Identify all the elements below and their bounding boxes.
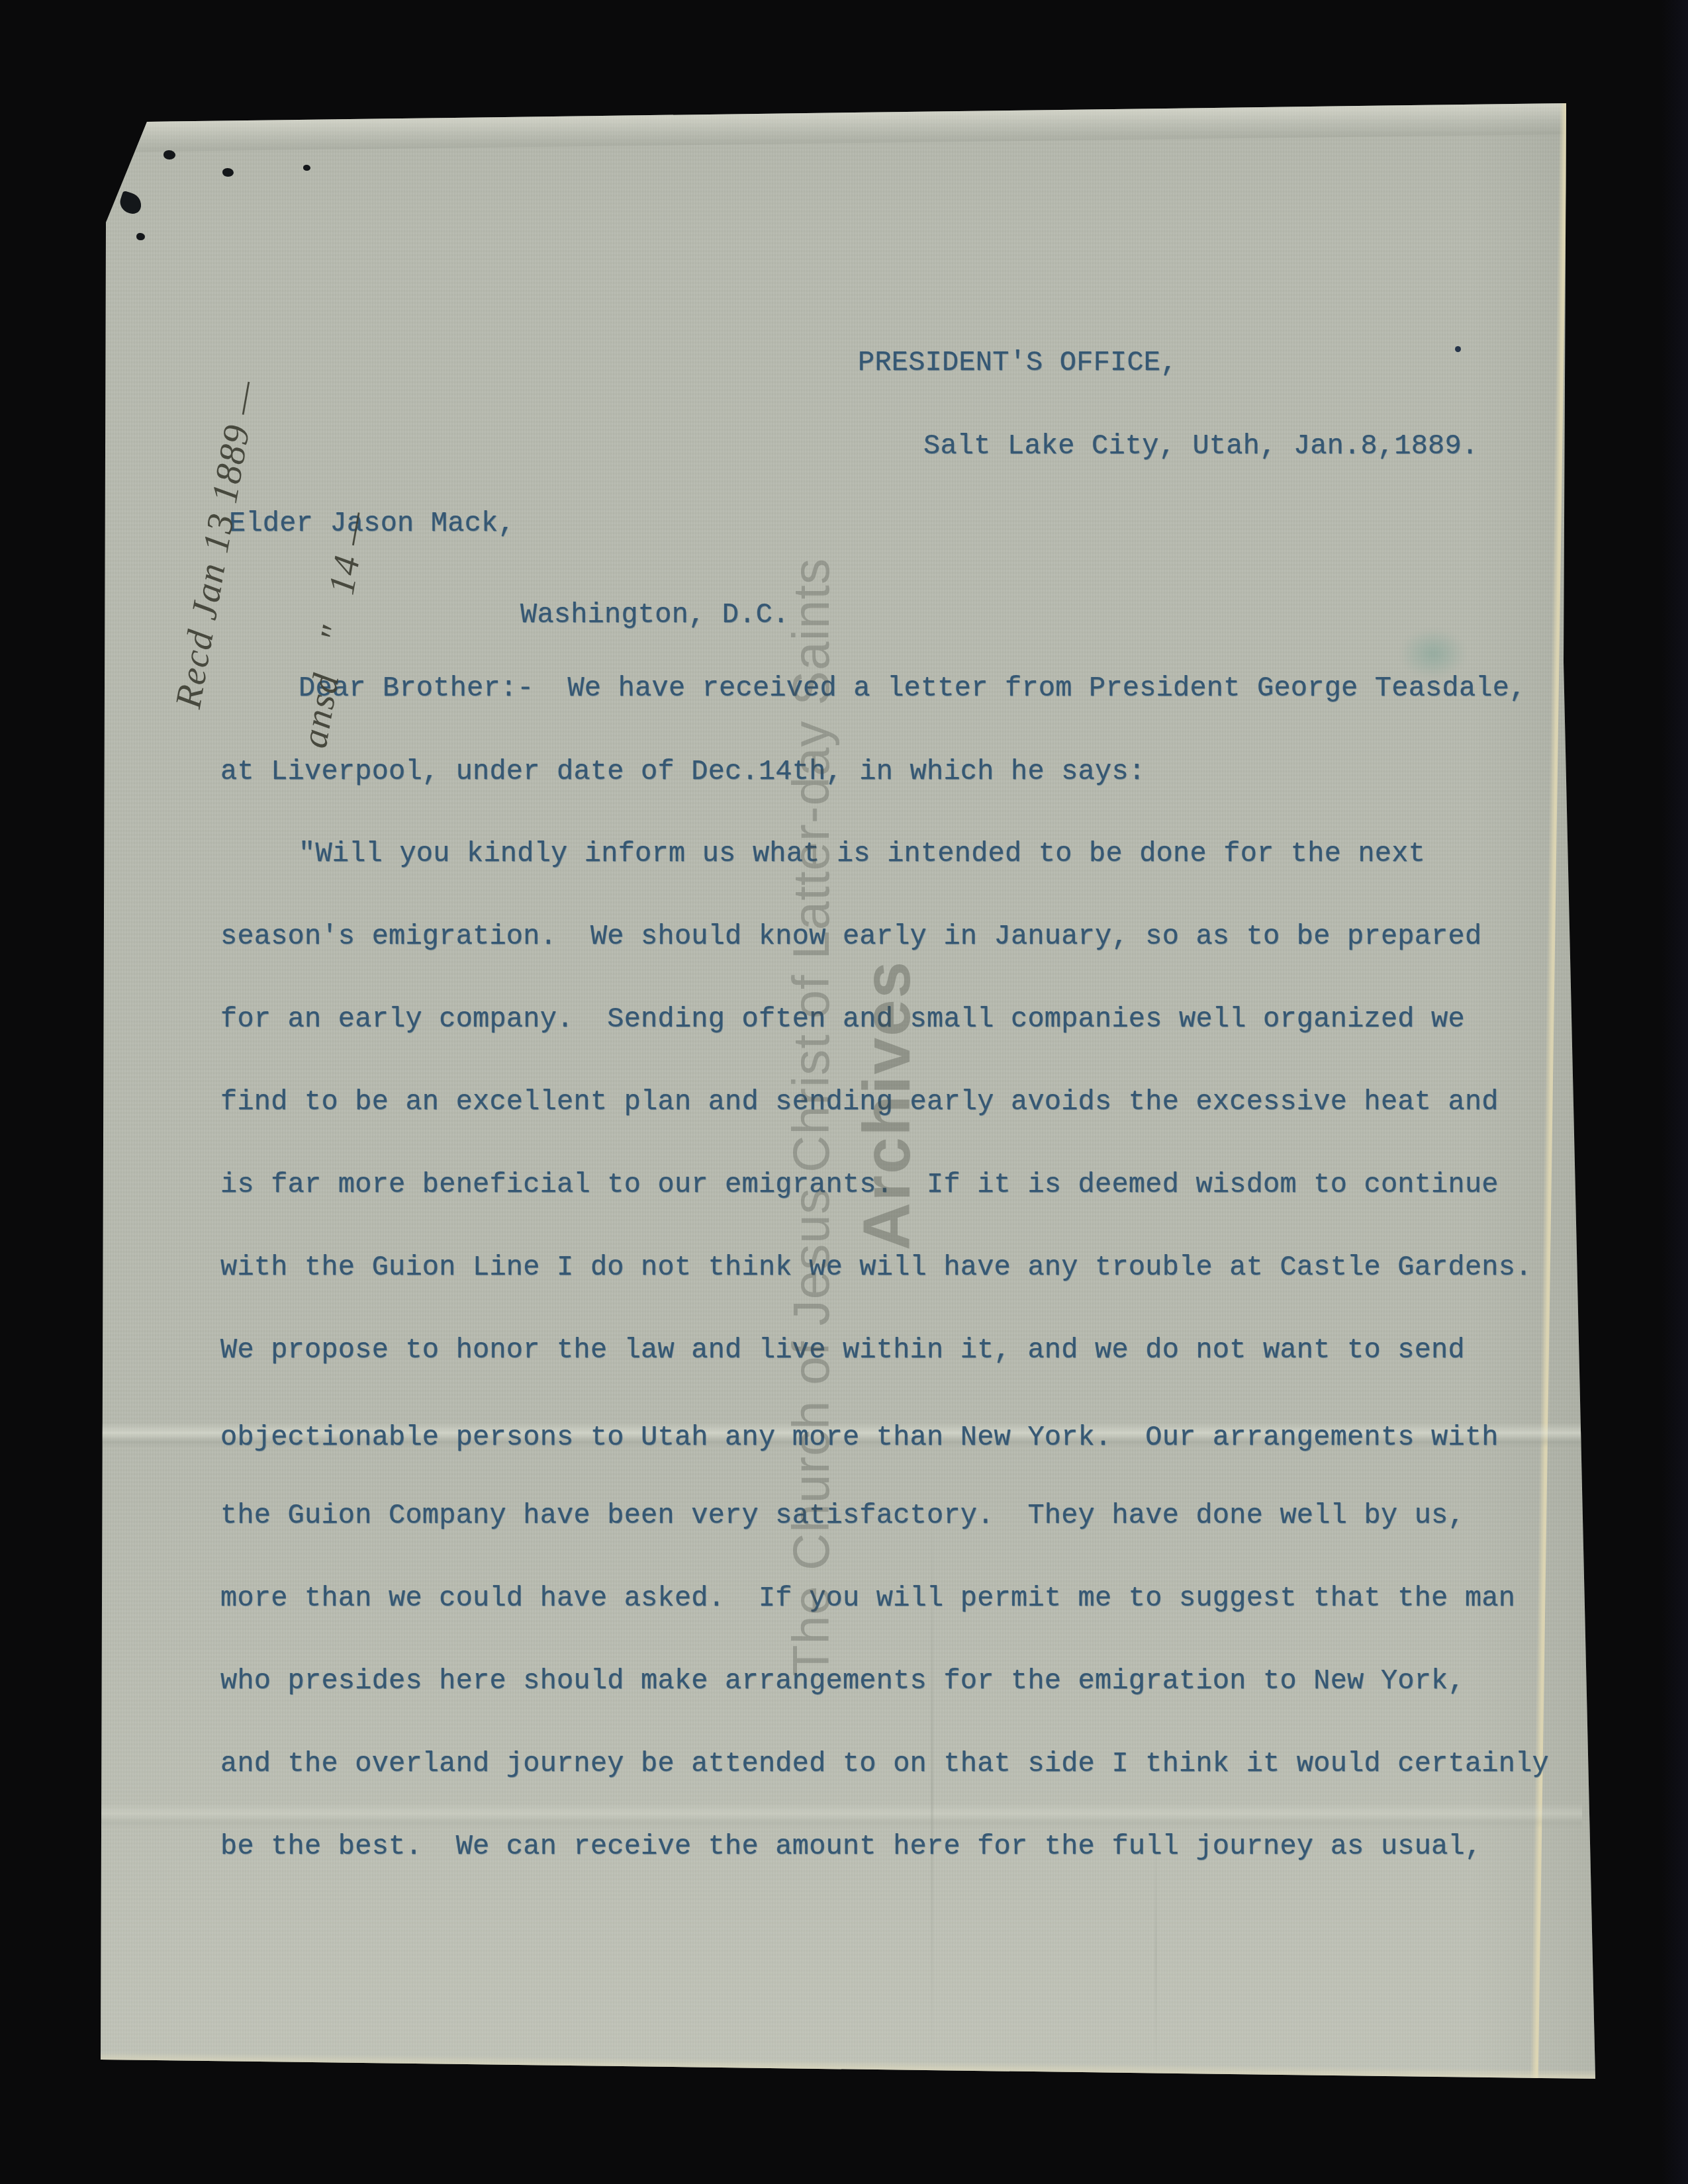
office-heading: PRESIDENT'S OFFICE,: [858, 345, 1178, 380]
vertical-crease-streak: [1154, 1827, 1157, 2078]
handwritten-received-note: Recd Jan 13 1889 — ansd " 14 —: [77, 224, 260, 723]
scanner-bed-strip: [1662, 0, 1688, 2184]
horizontal-fold-crease: [99, 1803, 1582, 1829]
edge-hole-spot: [164, 150, 175, 159]
answered-date-note: ansd " 14 —: [293, 261, 420, 751]
church-watermark-text: The Church of Jesus Christ of Latter-day…: [781, 485, 837, 1749]
ink-speck: [1455, 346, 1461, 352]
body-line: be the best. We can receive the amount h…: [220, 1829, 1481, 1864]
edge-tear-spot: [117, 191, 144, 216]
edge-hole-spot: [136, 233, 145, 240]
recipient-city: Washington, D.C.: [520, 598, 789, 632]
body-line: We propose to honor the law and live wit…: [220, 1333, 1465, 1367]
body-line: Dear Brother:- We have received a letter…: [299, 671, 1526, 705]
body-line: at Liverpool, under date of Dec.14th, in…: [220, 754, 1145, 789]
archives-watermark-text: Archives: [849, 940, 918, 1271]
dateline: Salt Lake City, Utah, Jan.8,1889.: [923, 429, 1478, 463]
body-line: more than we could have asked. If you wi…: [220, 1581, 1515, 1615]
body-line: who presides here should make arrangemen…: [220, 1664, 1465, 1698]
body-line: and the overland journey be attended to …: [220, 1747, 1549, 1781]
edge-hole-spot: [303, 165, 310, 171]
top-edge-fold: [99, 103, 1582, 152]
right-edge-highlight: [1530, 99, 1568, 2085]
body-line: objectionable persons to Utah any more t…: [220, 1420, 1499, 1455]
body-line: for an early company. Sending often and …: [220, 1002, 1465, 1036]
body-line: the Guion Company have been very satisfa…: [220, 1498, 1465, 1533]
body-line: "Will you kindly inform us what is inten…: [299, 837, 1425, 871]
edge-hole-spot: [222, 168, 234, 177]
letter-paper: PRESIDENT'S OFFICE, Salt Lake City, Utah…: [0, 0, 1688, 2184]
received-date-note: Recd Jan 13 1889 —: [164, 239, 291, 729]
bottom-edge-highlight: [98, 2052, 1601, 2079]
scan-background: PRESIDENT'S OFFICE, Salt Lake City, Utah…: [0, 0, 1688, 2184]
